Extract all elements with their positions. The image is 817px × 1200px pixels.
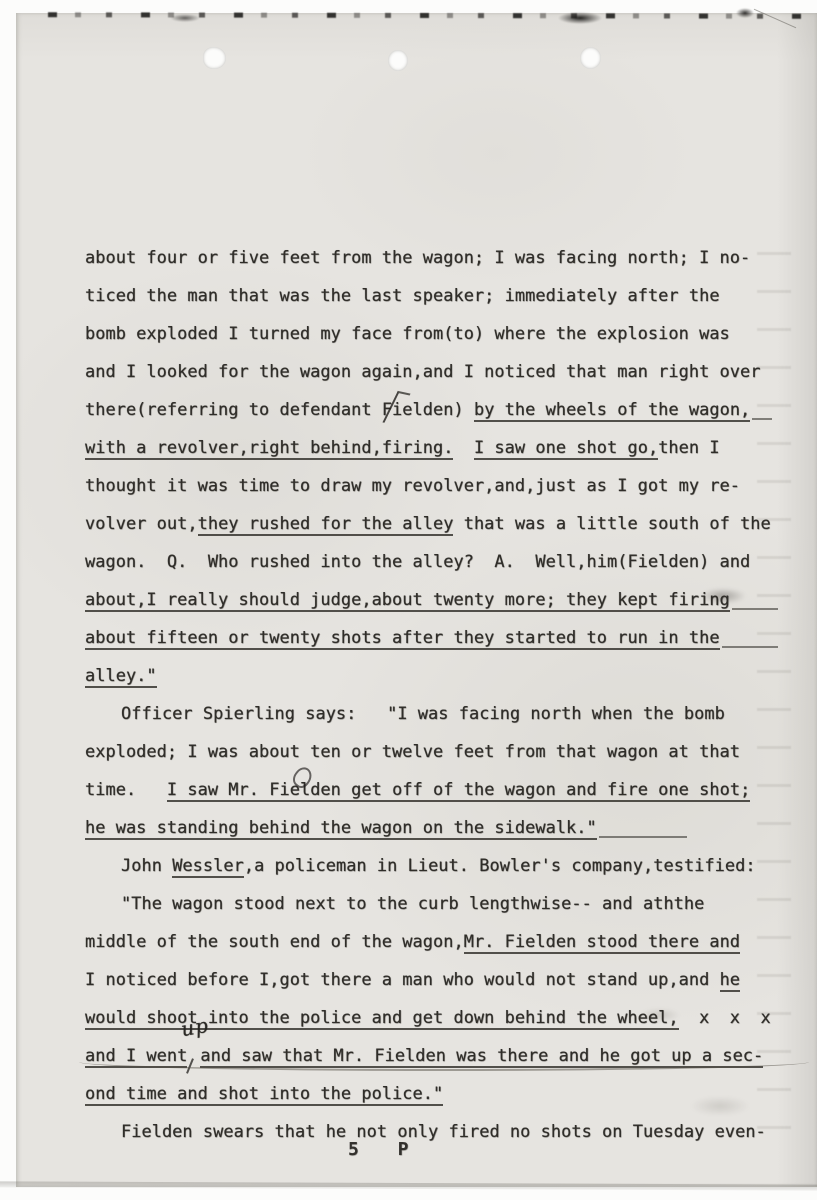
typed-text: Officer Spierling says: "I was facing no…	[121, 704, 725, 724]
underlined-text: would shoot into the police and get down…	[85, 1008, 679, 1028]
document-line: alley."	[85, 657, 791, 695]
underlined-text: he	[720, 970, 740, 990]
underlined-text: they rushed for the alley	[198, 514, 454, 534]
underlined-text: get off of the wagon and fire one shot;	[341, 780, 750, 800]
typed-text: John	[121, 856, 172, 876]
document-line: ticed the man that was the last speaker;…	[85, 277, 791, 315]
typed-text: and I looked for the wagon again,and I n…	[85, 362, 761, 382]
typed-text: Fielden swears that he not only fired no…	[121, 1122, 766, 1142]
punch-hole	[388, 50, 408, 71]
typed-text: exploded; I was about ten or twelve feet…	[85, 742, 740, 762]
typed-text: middle of the south end of the wagon,	[85, 932, 464, 952]
underlined-text: and I went	[85, 1046, 187, 1066]
underline-trail	[722, 646, 778, 648]
handwritten-insert: up	[187, 1044, 200, 1061]
typed-text: time.	[85, 780, 167, 800]
document-line: there(referring to defendant Fielden) by…	[85, 391, 791, 429]
document-line: thought it was time to draw my revolver,…	[85, 467, 791, 505]
underlined-text: and saw that Mr. Fielden was there and h…	[200, 1046, 763, 1066]
page-number: 5 P	[348, 1139, 410, 1160]
document-line: and I wentupand saw that Mr. Fielden was…	[85, 1037, 791, 1075]
underlined-text: by the wheels of the wagon,	[474, 400, 750, 420]
ink-blot	[558, 12, 602, 24]
document-line: John Wessler,a policeman in Lieut. Bowle…	[85, 847, 791, 885]
ink-blot	[736, 8, 754, 18]
typed-text: thought it was time to draw my revolver,…	[85, 476, 740, 496]
typed-text: Fielden	[382, 400, 454, 420]
document-line: and I looked for the wagon again,and I n…	[85, 353, 791, 391]
document-line: exploded; I was about ten or twelve feet…	[85, 733, 791, 771]
document-line: I noticed before I,got there a man who w…	[85, 961, 791, 999]
typed-text: x x x	[679, 1008, 771, 1028]
typed-text: volver out,	[85, 514, 198, 534]
document-line: Officer Spierling says: "I was facing no…	[85, 695, 791, 733]
document-line: bomb exploded I turned my face from(to) …	[85, 315, 791, 353]
punch-hole	[580, 47, 601, 69]
document-line: middle of the south end of the wagon,Mr.…	[85, 923, 791, 961]
typed-text: there(referring to defendant	[85, 400, 382, 420]
underlined-text: ond time and shot into the police."	[85, 1084, 443, 1104]
underlined-text: about,I really should judge,about twenty…	[85, 590, 730, 610]
document-line: ond time and shot into the police."	[85, 1075, 791, 1113]
document-line: about fifteen or twenty shots after they…	[85, 619, 791, 657]
typewritten-text: about four or five feet from the wagon; …	[85, 239, 791, 1151]
scan-background: { "colors": { "paper": "#e6e4e0", "ink":…	[0, 0, 817, 1200]
underline-trail	[732, 608, 778, 610]
underlined-text: Mr. Fielden stood there and	[464, 932, 740, 952]
caret-mark	[186, 1058, 194, 1074]
underline-trail	[599, 836, 687, 838]
document-line: time. I saw Mr. Fielden get off of the w…	[85, 771, 791, 809]
typed-text: about four or five feet from the wagon; …	[85, 248, 750, 268]
underlined-text: about fifteen or twenty shots after they…	[85, 628, 720, 648]
underlined-text: I saw one shot go,	[474, 438, 658, 458]
typed-text: ,a policeman in Lieut. Bowler's company,…	[244, 856, 756, 876]
underlined-text: Wessler	[172, 856, 244, 876]
document-line: "The wagon stood next to the curb length…	[85, 885, 791, 923]
typed-text: )	[453, 400, 473, 420]
typed-text: "The wagon stood next to the curb length…	[121, 894, 704, 914]
document-line: volver out,they rushed for the alley tha…	[85, 505, 791, 543]
typed-text: bomb exploded I turned my face from(to) …	[85, 324, 730, 344]
typed-text: then I	[658, 438, 719, 458]
typed-text: ticed the man that was the last speaker;…	[85, 286, 720, 306]
document-line: Fielden swears that he not only fired no…	[85, 1113, 791, 1151]
underlined-text: with a revolver,right behind,firing.	[85, 438, 453, 458]
typed-text: wagon. Q. Who rushed into the alley? A. …	[85, 552, 750, 572]
document-line: with a revolver,right behind,firing. I s…	[85, 429, 791, 467]
document-line: about,I really should judge,about twenty…	[85, 581, 791, 619]
underlined-text: he was standing behind the wagon on the …	[85, 818, 597, 838]
document-line: wagon. Q. Who rushed into the alley? A. …	[85, 543, 791, 581]
typed-text: I noticed before I,got there a man who w…	[85, 970, 720, 990]
underlined-text: I saw Mr.	[167, 780, 269, 800]
underlined-text: Fielden	[269, 780, 341, 800]
punch-hole	[203, 47, 226, 69]
underline-trail	[752, 418, 772, 420]
handwritten-word: up	[180, 1015, 211, 1040]
document-line: about four or five feet from the wagon; …	[85, 239, 791, 277]
typed-text: that was a little south of the	[453, 514, 770, 534]
typed-text	[453, 438, 473, 458]
underlined-text: alley."	[85, 666, 157, 686]
document-line: he was standing behind the wagon on the …	[85, 809, 791, 847]
ink-blot	[170, 14, 200, 22]
